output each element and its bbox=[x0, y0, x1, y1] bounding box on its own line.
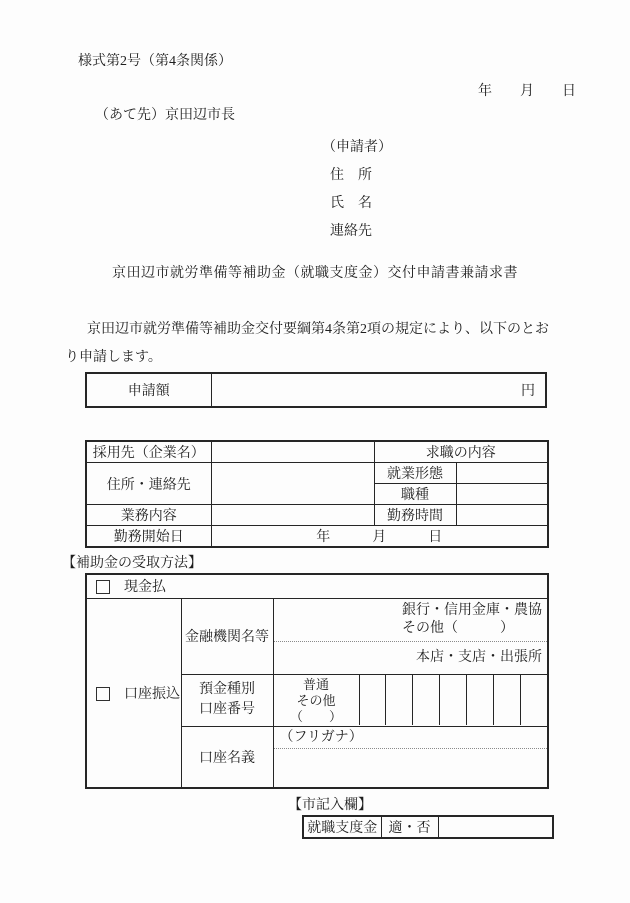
date-line: 年 月 日 bbox=[478, 80, 576, 100]
institution-value-cell: 銀行・信用金庫・農協 その他（ ） 本店・支店・出張所 bbox=[273, 598, 548, 674]
cash-option-cell: 現金払 bbox=[86, 574, 548, 598]
amount-row: 申請額 円 bbox=[86, 373, 546, 407]
city-entry-row: 就職支度金 適・否 bbox=[303, 816, 553, 838]
city-entry-table: 就職支度金 適・否 bbox=[302, 815, 554, 839]
account-name-blank-area bbox=[274, 749, 548, 787]
occupation-label-cell: 職種 bbox=[374, 484, 456, 505]
city-note-cell bbox=[438, 816, 553, 838]
payment-method-table: 現金払 口座振込 金融機関名等 銀行・信用金庫・農協 その他（ ） 本店・支店・… bbox=[85, 573, 549, 789]
city-entry-heading: 【市記入欄】 bbox=[288, 794, 372, 814]
addressee-line: （あて先）京田辺市長 bbox=[95, 104, 235, 124]
duties-label-cell: 業務内容 bbox=[86, 505, 211, 526]
employment-table: 採用先（企業名） 求職の内容 住所・連絡先 就業形態 職種 業務内容 勤務時間 bbox=[85, 440, 549, 548]
employer-label-cell: 採用先（企業名） bbox=[86, 441, 211, 463]
amount-table: 申請額 円 bbox=[85, 372, 547, 408]
account-name-value-cell: （フリガナ） bbox=[273, 726, 548, 788]
applicant-name-label: 氏 名 bbox=[330, 192, 372, 212]
occupation-value-cell bbox=[456, 484, 548, 505]
deposit-type-label-line1: 預金種別 bbox=[182, 680, 273, 700]
city-judgement-cell: 適・否 bbox=[381, 816, 438, 838]
payment-method-heading: 【補助金の受取方法】 bbox=[62, 552, 202, 572]
deposit-type-label-line2: 口座番号 bbox=[182, 700, 273, 720]
hours-value-cell bbox=[456, 505, 548, 526]
hours-label-cell: 勤務時間 bbox=[374, 505, 456, 526]
document-title: 京田辺市就労準備等補助金（就職支度金）交付申請書兼請求書 bbox=[0, 262, 630, 282]
account-type-other: その他 bbox=[274, 693, 359, 709]
amount-label-cell: 申請額 bbox=[86, 373, 211, 407]
institution-label-cell: 金融機関名等 bbox=[181, 598, 273, 674]
start-date-row: 勤務開始日 年 月 日 bbox=[86, 526, 548, 548]
institution-types-label: 銀行・信用金庫・農協 bbox=[402, 602, 542, 620]
account-digit-box bbox=[467, 675, 494, 725]
branch-types-label: 本店・支店・出張所 bbox=[274, 642, 548, 673]
transfer-checkbox bbox=[96, 687, 110, 701]
address-label-cell: 住所・連絡先 bbox=[86, 463, 211, 505]
account-type-options: 普通 その他 （ ） bbox=[274, 675, 360, 725]
start-date-label-cell: 勤務開始日 bbox=[86, 526, 211, 548]
transfer-option-cell: 口座振込 bbox=[86, 598, 181, 788]
subsidy-application-form-page: 様式第2号（第4条関係） 年 月 日 （あて先）京田辺市長 （申請者） 住 所 … bbox=[0, 0, 630, 903]
employer-row: 採用先（企業名） 求職の内容 bbox=[86, 441, 548, 463]
account-type-ordinary: 普通 bbox=[274, 677, 359, 693]
duties-value-cell bbox=[211, 505, 374, 526]
cash-option-row: 現金払 bbox=[86, 574, 548, 598]
account-digit-box bbox=[360, 675, 387, 725]
account-digit-box bbox=[494, 675, 521, 725]
applicant-address-label: 住 所 bbox=[330, 164, 372, 184]
account-digit-box bbox=[386, 675, 413, 725]
account-digit-box bbox=[521, 675, 547, 725]
start-date-value-cell: 年 月 日 bbox=[211, 526, 548, 548]
employment-type-label-cell: 就業形態 bbox=[374, 463, 456, 484]
address-row: 住所・連絡先 就業形態 bbox=[86, 463, 548, 484]
cash-checkbox bbox=[96, 580, 110, 594]
employment-type-value-cell bbox=[456, 463, 548, 484]
form-number: 様式第2号（第4条関係） bbox=[78, 50, 232, 70]
account-digit-box bbox=[440, 675, 467, 725]
job-request-header-cell: 求職の内容 bbox=[374, 441, 548, 463]
account-number-cell: 普通 その他 （ ） bbox=[273, 674, 548, 726]
deposit-type-label-cell: 預金種別 口座番号 bbox=[181, 674, 273, 726]
body-paragraph: 京田辺市就労準備等補助金交付要綱第4条第2項の規定により、以下のとおり申請します… bbox=[65, 316, 551, 372]
duties-row: 業務内容 勤務時間 bbox=[86, 505, 548, 526]
address-value-cell bbox=[211, 463, 374, 505]
amount-unit-label: 円 bbox=[521, 384, 535, 399]
transfer-option-label: 口座振込 bbox=[124, 687, 180, 702]
applicant-contact-label: 連絡先 bbox=[330, 220, 372, 240]
account-name-label-cell: 口座名義 bbox=[181, 726, 273, 788]
institution-row: 口座振込 金融機関名等 銀行・信用金庫・農協 その他（ ） 本店・支店・出張所 bbox=[86, 598, 548, 674]
institution-type-area: 銀行・信用金庫・農協 その他（ ） bbox=[274, 599, 548, 642]
furigana-label: （フリガナ） bbox=[274, 727, 548, 749]
amount-value-cell: 円 bbox=[211, 373, 546, 407]
employer-value-cell bbox=[211, 441, 374, 463]
account-digit-box bbox=[413, 675, 440, 725]
account-type-parens: （ ） bbox=[274, 709, 359, 725]
city-item-label-cell: 就職支度金 bbox=[303, 816, 381, 838]
applicant-label: （申請者） bbox=[322, 136, 392, 156]
cash-option-label: 現金払 bbox=[124, 580, 166, 595]
institution-other-label: その他（ ） bbox=[402, 620, 542, 638]
